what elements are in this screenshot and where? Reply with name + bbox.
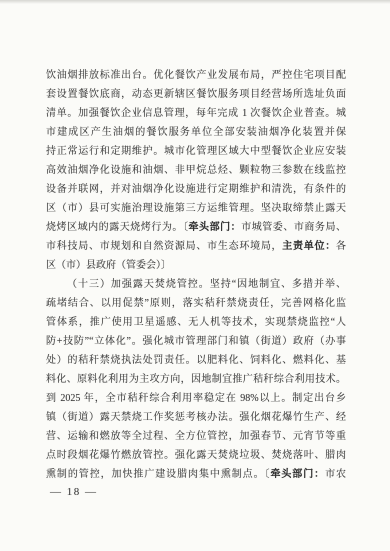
text-line: 持正常运行和定期维护。城市化管理区域大中型餐饮企业应安装 bbox=[46, 142, 346, 161]
text-segment: 市城管委、市商务局、 bbox=[241, 222, 346, 233]
text-segment: 料化、原料化利用为主攻方向，因地制宜推广秸秆综合利用技术。 bbox=[46, 374, 346, 385]
text-line: 处）的秸秆禁烧执法处罚责任。以肥料化、饲料化、燃料化、基 bbox=[46, 351, 346, 370]
text-line: 点时段烟花爆竹燃放管控。强化露天焚烧垃圾、焚烧落叶、腊肉 bbox=[46, 446, 346, 465]
text-segment: 清单。加强餐饮企业信息管理，每年完成 1 次餐饮企业普查。城 bbox=[46, 108, 346, 119]
text-segment: 市科技局、市规划和自然资源局、市生态环境局， bbox=[46, 241, 282, 252]
text-line: 饮油烟排放标准出台。优化餐饮产业发展布局，严控住宅项目配 bbox=[46, 66, 346, 85]
text-segment: 套设置餐饮底商，动态更新辖区餐饮服务项目经营场所选址负面 bbox=[46, 89, 346, 100]
page-number: — 18 — bbox=[50, 486, 98, 498]
text-segment: 镇（街道）露天禁烧工作奖惩考核办法。强化烟花爆竹生产、经 bbox=[46, 412, 346, 423]
text-line: 市建成区产生油烟的餐饮服务单位全部安装油烟净化装置并保 bbox=[46, 123, 346, 142]
text-line: 镇（街道）露天禁烧工作奖惩考核办法。强化烟花爆竹生产、经 bbox=[46, 408, 346, 427]
text-line: 防+技防”“立体化”。强化城市管理部门和镇（街道）政府（办事 bbox=[46, 332, 346, 351]
text-segment: 区（市）县可实施治理设施第三方运维管理。坚决取缔禁止露天 bbox=[46, 203, 346, 214]
text-segment: 饮油烟排放标准出台。优化餐饮产业发展布局，严控住宅项目配 bbox=[46, 70, 346, 81]
scan-edge bbox=[0, 0, 390, 4]
text-line: 市科技局、市规划和自然资源局、市生态环境局，主责单位：各 bbox=[46, 237, 346, 256]
text-segment: 到 2025 年，全市秸秆综合利用率稳定在 98%以上。制定出台乡 bbox=[46, 393, 346, 404]
text-line: 管体系，推广使用卫星遥感、无人机等技术，实现禁烧监控“人 bbox=[46, 313, 346, 332]
text-segment: 区（市）县政府（管委会）〕 bbox=[46, 260, 171, 271]
document-body: 饮油烟排放标准出台。优化餐饮产业发展布局，严控住宅项目配套设置餐饮底商，动态更新… bbox=[46, 66, 346, 484]
text-segment: 点时段烟花爆竹燃放管控。强化露天焚烧垃圾、焚烧落叶、腊肉 bbox=[46, 450, 346, 461]
text-line: 到 2025 年，全市秸秆综合利用率稳定在 98%以上。制定出台乡 bbox=[46, 389, 346, 408]
text-segment: （十三）加强露天焚烧管控。坚持“因地制宜、多措并举、 bbox=[67, 279, 346, 290]
text-segment: 市建成区产生油烟的餐饮服务单位全部安装油烟净化装置并保 bbox=[46, 127, 346, 138]
text-line: 区（市）县可实施治理设施第三方运维管理。坚决取缔禁止露天 bbox=[46, 199, 346, 218]
document-page: 饮油烟排放标准出台。优化餐饮产业发展布局，严控住宅项目配套设置餐饮底商，动态更新… bbox=[0, 0, 390, 551]
text-segment: 设备并联网，并对油烟净化设施进行定期维护和清洗，有条件的 bbox=[46, 184, 346, 195]
text-segment: 各 bbox=[336, 241, 346, 252]
text-line: 高效油烟净化设施和油烟、非甲烷总烃、颗粒物三参数在线监控 bbox=[46, 161, 346, 180]
text-segment: 高效油烟净化设施和油烟、非甲烷总烃、颗粒物三参数在线监控 bbox=[46, 165, 346, 176]
text-line: 套设置餐饮底商，动态更新辖区餐饮服务项目经营场所选址负面 bbox=[46, 85, 346, 104]
emphasis-segment: 牵头部门： bbox=[189, 222, 242, 233]
text-segment: 持正常运行和定期维护。城市化管理区域大中型餐饮企业应安装 bbox=[46, 146, 346, 157]
text-line: 疏堵结合、以用促禁”原则，落实秸秆禁烧责任，完善网格化监 bbox=[46, 294, 346, 313]
text-segment: 烧烤区域内的露天烧烤行为。〔 bbox=[46, 222, 189, 233]
emphasis-segment: 主责单位： bbox=[282, 241, 336, 252]
text-segment: 熏制的管控，加快推广建设腊肉集中熏制点。〔 bbox=[46, 469, 270, 480]
text-segment: 营、运输和燃放等全过程、全方位管控，加强春节、元宵节等重 bbox=[46, 431, 346, 442]
text-line: 设备并联网，并对油烟净化设施进行定期维护和清洗，有条件的 bbox=[46, 180, 346, 199]
text-line: 料化、原料化利用为主攻方向，因地制宜推广秸秆综合利用技术。 bbox=[46, 370, 346, 389]
text-segment: 管体系，推广使用卫星遥感、无人机等技术，实现禁烧监控“人 bbox=[46, 317, 346, 328]
text-line: 烧烤区域内的露天烧烤行为。〔牵头部门：市城管委、市商务局、 bbox=[46, 218, 346, 237]
emphasis-segment: 牵头部门： bbox=[270, 469, 325, 480]
text-line: 熏制的管控，加快推广建设腊肉集中熏制点。〔牵头部门：市农 bbox=[46, 465, 346, 484]
text-line: 清单。加强餐饮企业信息管理，每年完成 1 次餐饮企业普查。城 bbox=[46, 104, 346, 123]
text-line: 区（市）县政府（管委会）〕 bbox=[46, 256, 346, 275]
text-line: （十三）加强露天焚烧管控。坚持“因地制宜、多措并举、 bbox=[46, 275, 346, 294]
text-segment: 处）的秸秆禁烧执法处罚责任。以肥料化、饲料化、燃料化、基 bbox=[46, 355, 346, 366]
text-line: 营、运输和燃放等全过程、全方位管控，加强春节、元宵节等重 bbox=[46, 427, 346, 446]
text-segment: 防+技防”“立体化”。强化城市管理部门和镇（街道）政府（办事 bbox=[46, 336, 346, 347]
text-segment: 市农 bbox=[325, 469, 346, 480]
text-segment: 疏堵结合、以用促禁”原则，落实秸秆禁烧责任，完善网格化监 bbox=[46, 298, 346, 309]
